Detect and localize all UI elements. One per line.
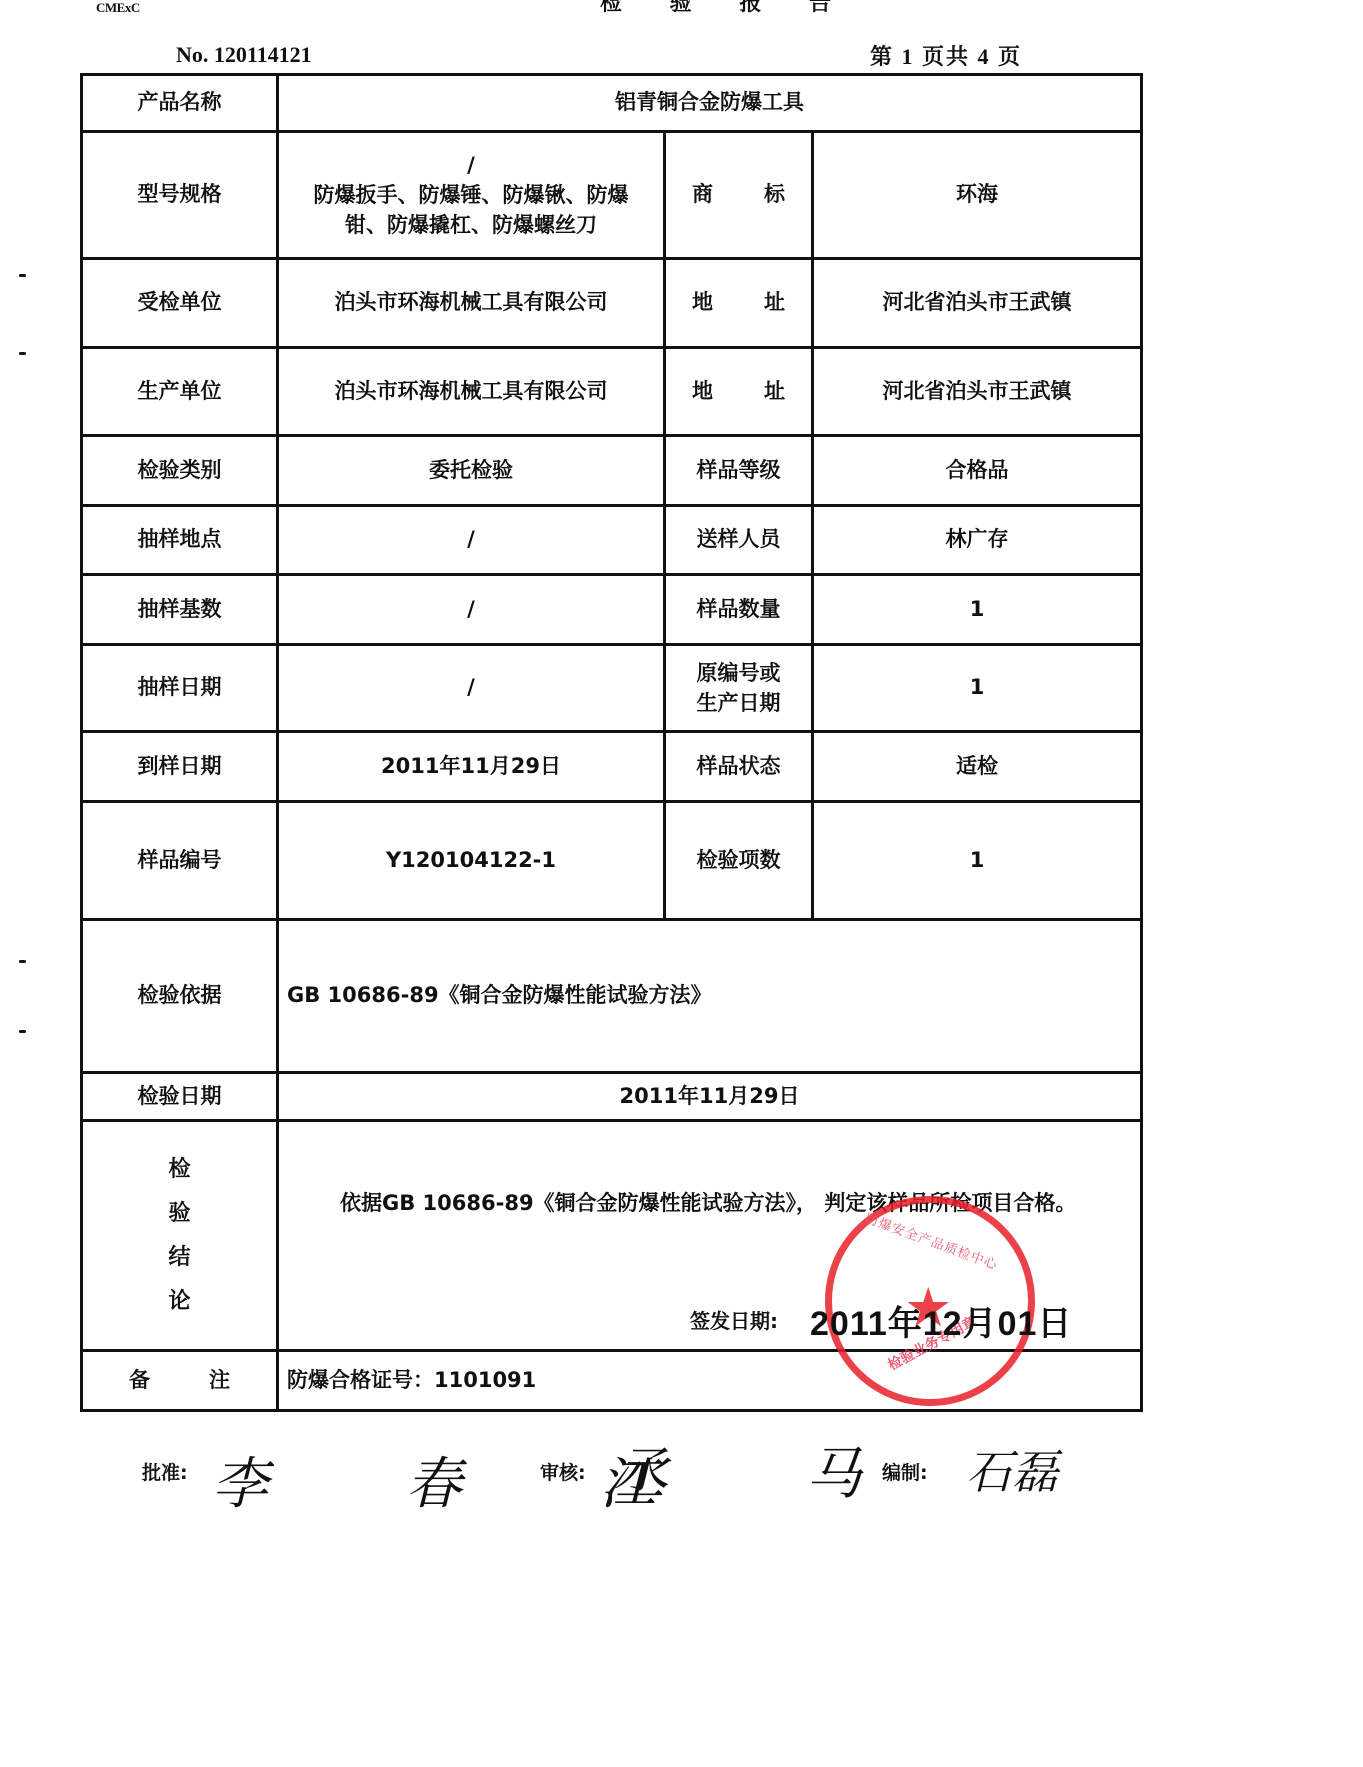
label-char: 备 [129,1366,150,1395]
margin-mark [19,960,26,963]
sampling-place-value: / [279,507,663,573]
seal-arc-text: 防爆安全产品质检中心 [854,1204,1011,1277]
label-char: 论 [168,1280,190,1324]
producer-value: 泊头市环海机械工具有限公司 [279,349,663,434]
label-char: 验 [168,1192,190,1236]
model-spec-line: 防爆扳手、防爆锤、防爆锹、防爆 [314,180,629,210]
sampling-base-value: / [279,576,663,643]
arrival-date-value: 2011年11月29日 [279,733,663,800]
review-signature: 丞 ⻢ [612,1430,922,1510]
label-char: 址 [764,377,785,406]
arrival-date-label: 到样日期 [83,733,276,800]
sampling-date-label: 抽样日期 [83,646,276,730]
approve-label: 批准: [142,1458,188,1485]
item-count-value: 1 [814,803,1140,918]
sender-label: 送样人员 [666,507,811,573]
conclusion-label: 检 验 结 论 [83,1122,276,1349]
sample-state-value: 适检 [814,733,1140,800]
sampling-date-value: / [279,646,663,730]
inspected-address-label: 地 址 [666,260,811,346]
label-line: 生产日期 [697,688,781,718]
issue-date-label: 签发日期: [690,1305,778,1334]
sample-state-label: 样品状态 [666,733,811,800]
sample-qty-label: 样品数量 [666,576,811,643]
report-number: No. 120114121 [176,42,312,68]
producer-address-label: 地 址 [666,349,811,434]
label-char: 地 [692,377,713,406]
sample-qty-value: 1 [814,576,1140,643]
inspection-date-label: 检验日期 [83,1074,276,1119]
inspection-date-value: 2011年11月29日 [279,1074,1140,1119]
basis-label: 检验依据 [83,921,276,1071]
remarks-value: 防爆合格证号：1101091 [279,1352,1140,1409]
inspected-unit-value: 泊头市环海机械工具有限公司 [279,260,663,346]
producer-address-value: 河北省泊头市王武镇 [814,349,1140,434]
orig-no-value: 1 [814,646,1140,730]
label-char: 结 [168,1236,190,1280]
conclusion-text: 依据GB 10686-89《铜合金防爆性能试验方法》， 判定该样品所检项目合格。 [284,1185,1134,1221]
producer-label: 生产单位 [83,349,276,434]
sample-no-value: Y120104122-1 [279,803,663,918]
trademark-value: 环海 [814,133,1140,257]
sampling-place-label: 抽样地点 [83,507,276,573]
remarks-label: 备 注 [83,1352,276,1409]
label-char: 标 [764,180,785,209]
sender-value: 林广存 [814,507,1140,573]
document-title: 检 验 报 告 [600,0,851,17]
inspection-type-label: 检验类别 [83,437,276,504]
product-name-label: 产品名称 [83,76,276,130]
item-count-label: 检验项数 [666,803,811,918]
margin-mark [19,274,26,277]
product-name-value: 铝青铜合金防爆工具 [279,76,1140,130]
margin-mark [19,352,26,355]
sampling-base-label: 抽样基数 [83,576,276,643]
model-spec-slash: / [467,150,475,180]
sample-grade-label: 样品等级 [666,437,811,504]
label-char: 检 [168,1148,190,1192]
basis-value: GB 10686-89《铜合金防爆性能试验方法》 [279,921,1140,1071]
model-spec-value: / 防爆扳手、防爆锤、防爆锹、防爆 钳、防爆撬杠、防爆螺丝刀 [279,133,663,257]
sample-grade-value: 合格品 [814,437,1140,504]
compile-signature: 石磊 [966,1436,1058,1502]
compile-label: 编制: [882,1458,928,1485]
label-char: 商 [692,180,713,209]
issue-date-value: 2011年12月01日 [810,1296,1072,1345]
model-spec-line: 钳、防爆撬杠、防爆螺丝刀 [345,210,597,240]
sample-no-label: 样品编号 [83,803,276,918]
orig-no-label: 原编号或 生产日期 [666,646,811,730]
margin-mark [19,1030,26,1033]
inspected-address-value: 河北省泊头市王武镇 [814,260,1140,346]
org-mark: CMExC [96,0,140,16]
inspected-unit-label: 受检单位 [83,260,276,346]
page-info: 第 1 页共 4 页 [870,40,1022,71]
label-char: 地 [692,288,713,317]
review-label: 审核: [540,1458,586,1485]
trademark-label: 商 标 [666,133,811,257]
model-spec-label: 型号规格 [83,133,276,257]
label-line: 原编号或 [697,658,781,688]
label-char: 注 [209,1366,230,1395]
inspection-type-value: 委托检验 [279,437,663,504]
label-char: 址 [764,288,785,317]
